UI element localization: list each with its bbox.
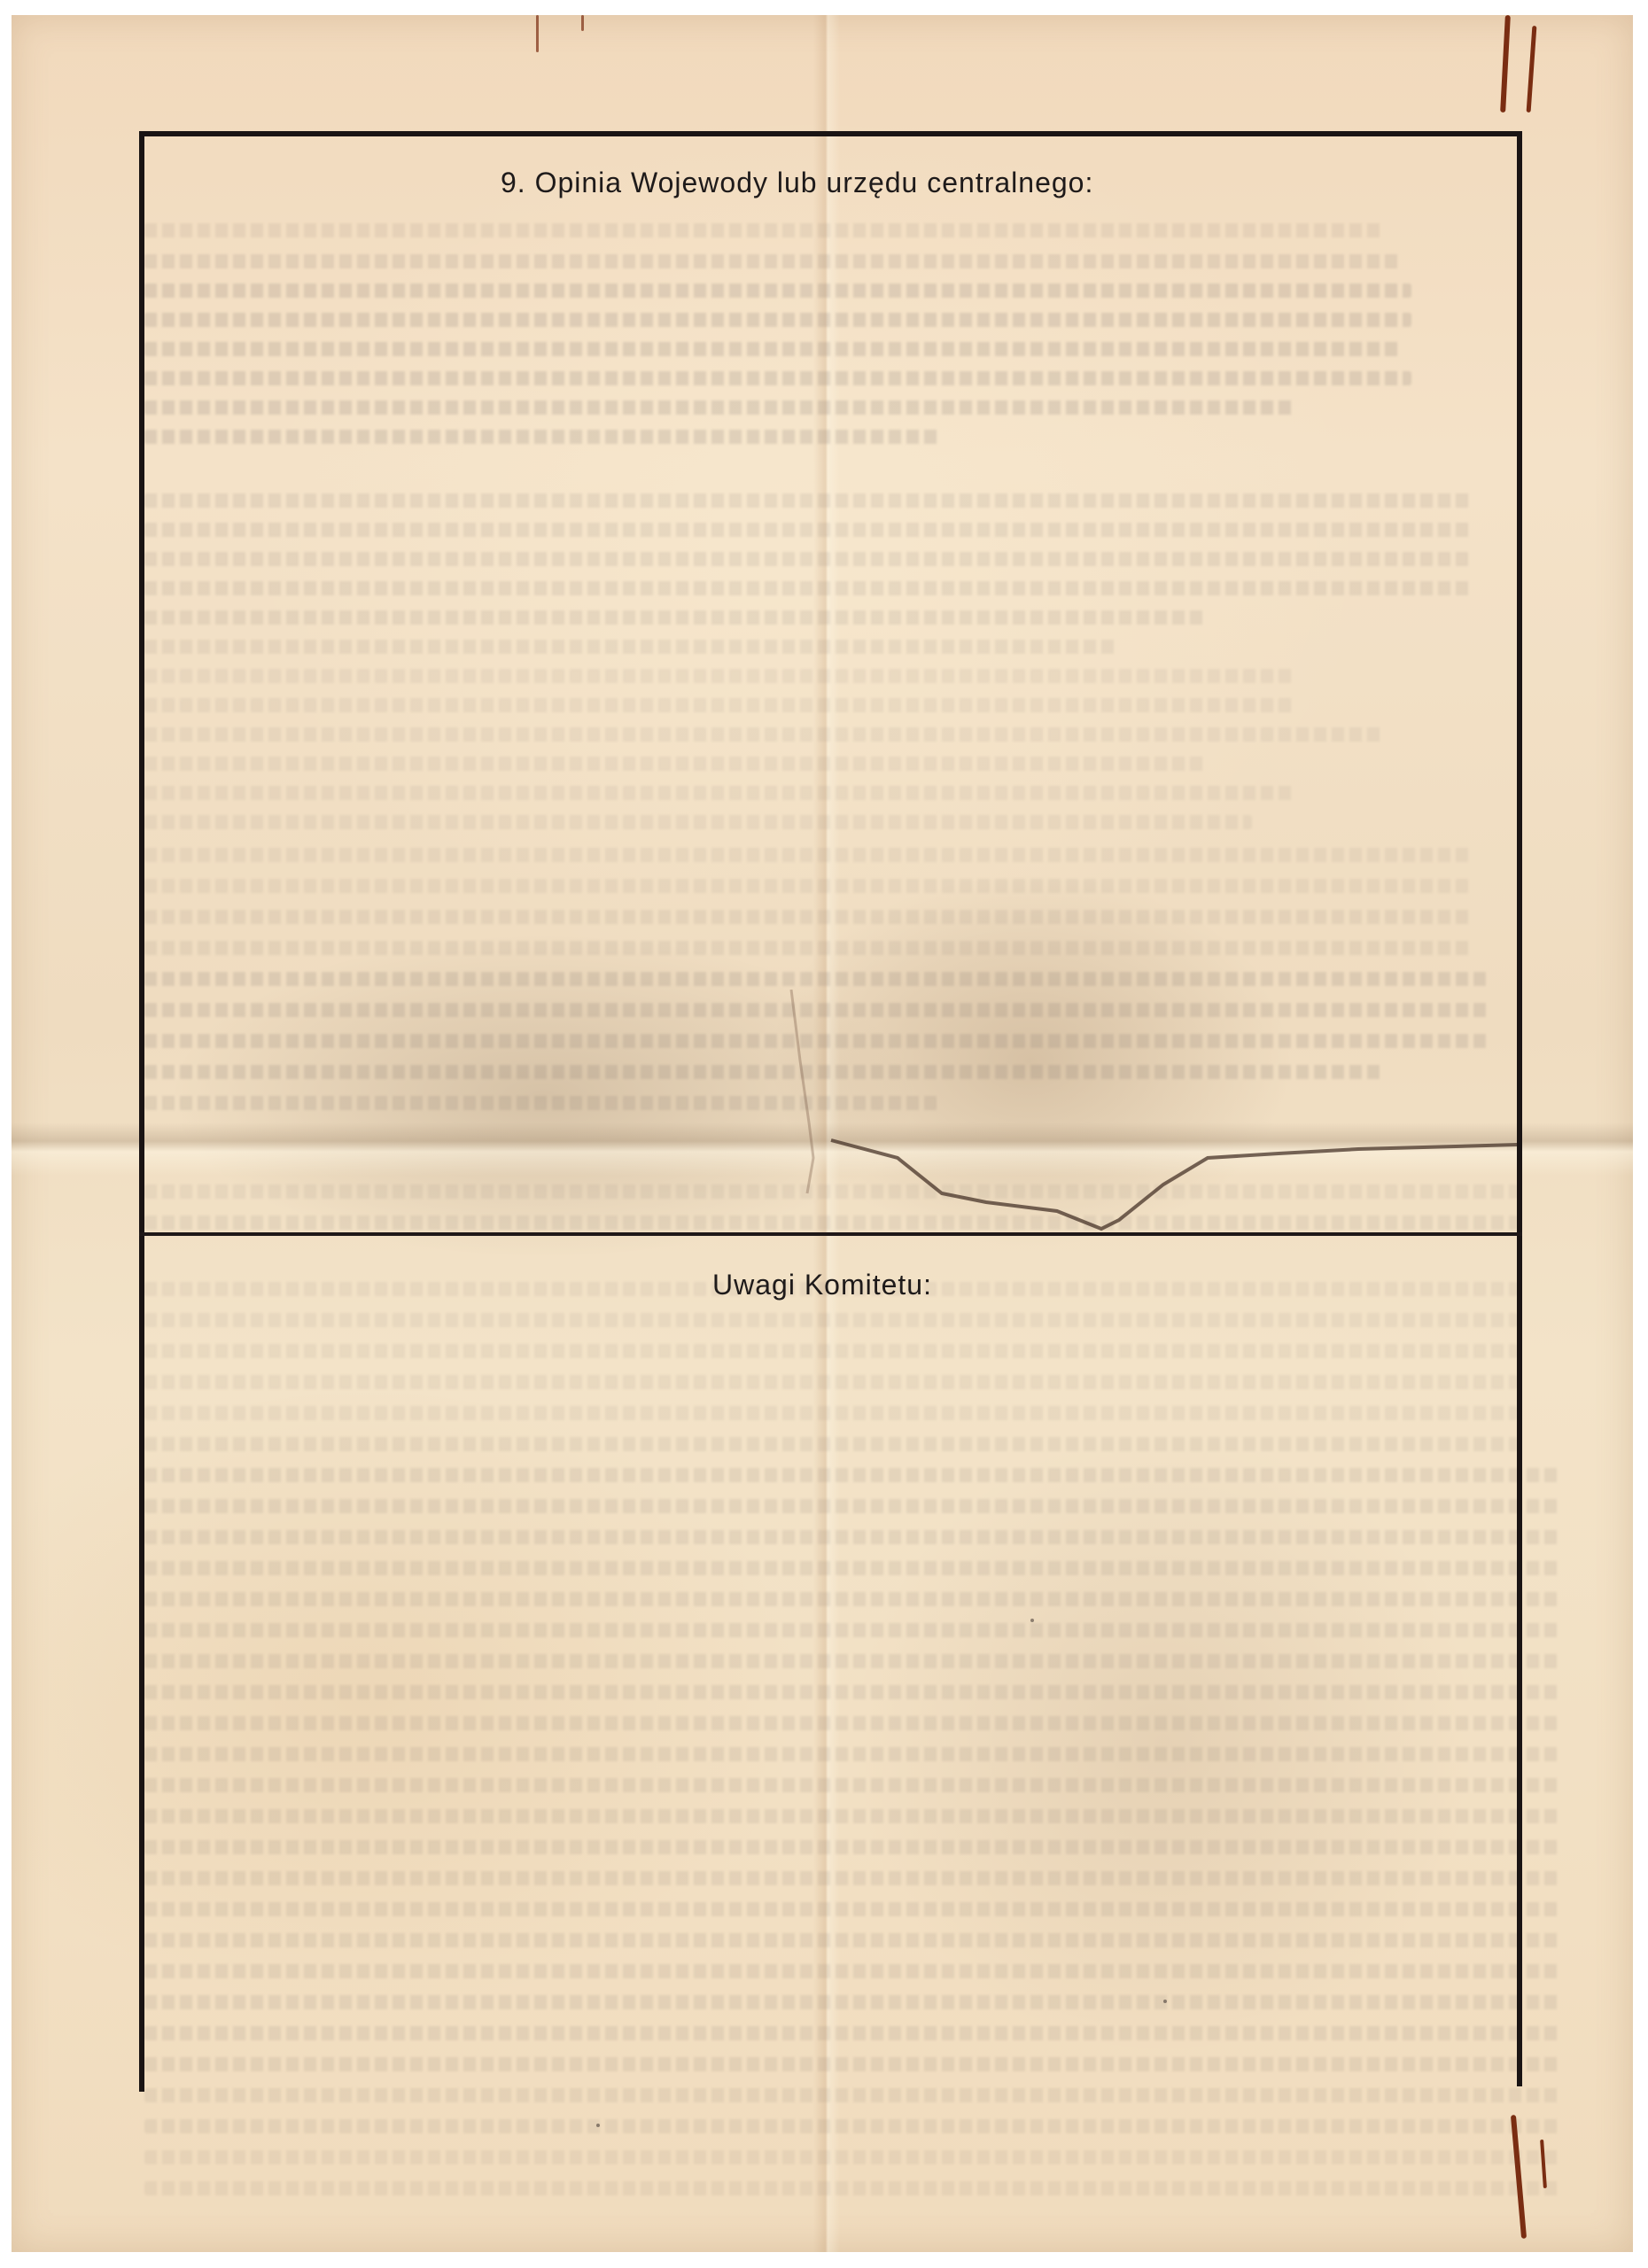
ink-speck <box>1030 1619 1034 1622</box>
form-frame-left-border <box>139 131 144 2092</box>
paper-sheet <box>12 15 1633 2252</box>
section-9-heading: 9. Opinia Wojewody lub urzędu centralneg… <box>501 168 1093 197</box>
ink-speck <box>596 2124 600 2127</box>
form-frame-right-border <box>1517 131 1522 2086</box>
uwagi-komitetu-heading: Uwagi Komitetu: <box>712 1270 932 1299</box>
section-divider <box>139 1232 1522 1236</box>
ink-speck <box>1163 2000 1167 2003</box>
form-frame-top-border <box>139 131 1522 136</box>
paper-crease-crack <box>12 15 1633 2252</box>
